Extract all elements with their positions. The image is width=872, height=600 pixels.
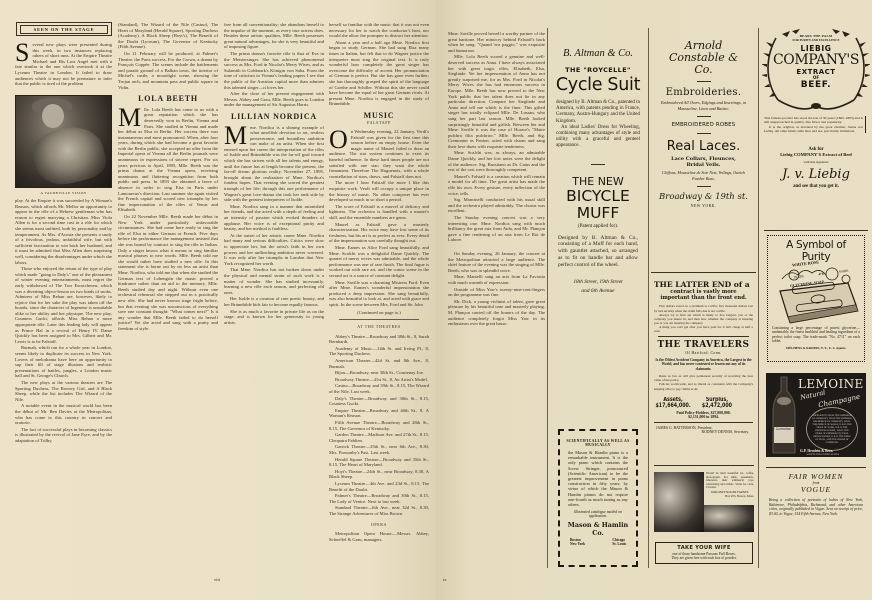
theatre-listing: Lyceum Theatre—4th Ave. and 23d St., 8.1… — [329, 481, 429, 492]
paragraph: Mme. Scalchi was, as always, an admirabl… — [448, 150, 545, 172]
travelers-body: Five dollars saved on a premium is a tri… — [654, 304, 753, 333]
travelers-location: Of Hartford, Conn. — [654, 351, 753, 355]
embroideries-subtext: Embroidered All Overs, Edgings and Inser… — [651, 98, 756, 111]
cycle-suit-body: designed by B. Altman & Co., patented in… — [550, 94, 646, 150]
travelers-terms: Rates as low as will give permanent secu… — [654, 374, 753, 390]
divider — [697, 116, 711, 117]
left-column-3: free from all conventionality; she aband… — [224, 22, 324, 578]
powder-box-line-2: They are given free with each box of pow… — [656, 556, 752, 560]
paragraph: Five dollars saved on a premium is a tri… — [654, 304, 753, 312]
paragraph: Maurel as Falstaff gave a masterly chara… — [329, 222, 429, 244]
paragraph: herself so familiar with the music that … — [329, 22, 429, 39]
paragraph: Mlle. Lola Beeth scored a genuine and we… — [448, 54, 545, 149]
paragraph: The fact of successful plays in becoming… — [15, 427, 112, 444]
travelers-secretary: RODNEY DENNIS, Secretary. — [654, 430, 753, 434]
theatre-listing: Palmer's Theatre—Broadway and 30th St., … — [329, 493, 429, 504]
liebig-signature: J. v. Liebig — [762, 167, 870, 182]
altman-address-2: and 6th Avenue — [550, 288, 646, 294]
altman-address-1: 18th Street, 19th Street — [550, 279, 646, 285]
divider — [697, 186, 711, 187]
lemoine-importer-sub: AGENTS FOR UNITED STATES — [806, 453, 839, 456]
arnold-constable-brand: Arnold Constable & Co. — [651, 40, 756, 76]
left-column-4: herself so familiar with the music that … — [329, 22, 429, 578]
powder-ad-city: Box 203, Boston, Mass. — [706, 495, 754, 499]
surplus-value: Surplus, $2,472,000 — [699, 397, 736, 409]
embroideries-heading: Embroideries. — [651, 87, 756, 98]
mason-hamlin-cities: BostonNew York ChicagoSt. Louis — [566, 537, 630, 547]
left-column-1: play. At the Empire it was succeeded by … — [15, 198, 112, 578]
paragraph: The score of Falstaff is a marvel of del… — [329, 204, 429, 221]
paragraph: Always try to find out which is likely t… — [654, 313, 753, 325]
paragraph: Maurel's Falstaff is a creation which wi… — [448, 174, 545, 196]
intro-column: S everal new plays were presented during… — [15, 42, 112, 92]
assets-value: Assets, $17,664,000. — [654, 397, 692, 409]
page-number-right: ix — [443, 577, 447, 582]
column-rule — [648, 28, 649, 568]
paragraph: Outside of Miss Yaw's twenty-nine-cent-f… — [448, 287, 545, 298]
column-rule — [758, 28, 759, 568]
laces-subtext: Chiffons, Mousseline de Soie Nets, Veili… — [651, 168, 756, 181]
fair-women-body: Being a collection of portraits of ladie… — [766, 494, 866, 516]
intro-paragraph: everal new plays were presented during t… — [15, 42, 112, 87]
theatre-listing: Casino—Broadway and 39th St., 8.15, The … — [329, 383, 429, 394]
theatre-listing: Abbey's Theatre—Broadway and 38th St., 8… — [329, 334, 429, 345]
mason-hamlin-heading: SCIENTIFICALLY AS WELL AS MUSICALLY — [566, 439, 630, 447]
travelers-advertisement: THE LATTER END of a contract is vastly m… — [651, 280, 756, 446]
divider — [697, 133, 711, 134]
paragraph: The new plays at the various theatres ar… — [15, 380, 112, 402]
paragraph: Those who enjoyed the return of the type… — [15, 266, 112, 344]
lemoine-bottle-label: J. Lemoine — [771, 427, 793, 431]
divider — [764, 230, 868, 231]
paragraph: A thing you can't get after you have pai… — [654, 325, 753, 333]
left-page: SEEN ON THE STAGE S everal new plays wer… — [0, 0, 436, 600]
cat-photo-extension — [704, 505, 754, 532]
soap-number: 4711 — [818, 272, 825, 277]
divider — [658, 336, 749, 337]
paragraph: On 21 February will be produced, at Palm… — [118, 51, 218, 90]
paragraph: designed by B. Altman & Co., patented in… — [556, 100, 640, 125]
paragraph: The Sunday evening concert was a very in… — [448, 215, 545, 243]
page-number-left: viii — [214, 577, 220, 582]
mason-hamlin-note: Illustrated catalogue mailed on applicat… — [566, 510, 630, 518]
muff-patent: (Patent applied for). — [550, 224, 646, 229]
theatre-listing: Garrick Theatre—35th St., near 6th Ave.,… — [329, 444, 429, 455]
travelers-brand: THE TRAVELERS — [654, 340, 753, 350]
theatre-listing: Empire Theatre—Broadway and 40th St., 8,… — [329, 408, 429, 419]
magazine-spread: SEEN ON THE STAGE S everal new plays wer… — [0, 0, 872, 600]
take-your-wife-box: TAKE YOUR WIFE one of those handsome Pus… — [655, 542, 753, 564]
paragraph: Mr. Dick, a young violinist of talent, g… — [448, 299, 545, 327]
altman-advertisement: B. Altman & Co. THE "ROYCELLE" Cycle Sui… — [550, 48, 646, 383]
liebig-company: COMPANY'S — [762, 53, 870, 68]
photo-figure-head — [42, 104, 64, 128]
theatre-listing: Bijou—Broadway, near 30th St., Courtenay… — [329, 370, 429, 376]
theatre-listing: Broadway Theatre—41st St., 8, An Artist'… — [329, 377, 429, 383]
paragraph: It is the original, as invented by the g… — [764, 125, 863, 134]
fair-women-vogue: VOGUE — [766, 485, 866, 494]
mason-hamlin-brand: Mason & Hamlin Co. — [566, 521, 630, 537]
paragraph: Mme. Eames as Alice Ford sang beautifull… — [329, 245, 429, 279]
paragraph: After the close of her present engagemen… — [224, 91, 324, 108]
roycelle-kicker: THE "ROYCELLE" — [550, 66, 646, 74]
take-your-wife-heading: TAKE YOUR WIFE — [656, 545, 752, 551]
altman-brand: B. Altman & Co. — [550, 48, 646, 59]
white-rose-advertisement: A Symbol of Purity WHITE ROSE TRADE 4711… — [767, 235, 865, 362]
lemoine-brand: LEMOINE — [798, 377, 864, 391]
paragraph: Mme. Saville was a charming Mistress For… — [329, 280, 429, 308]
travelers-headline-2: contract is vastly more important than t… — [654, 289, 753, 301]
section-banner: SEEN ON THE STAGE — [16, 22, 112, 36]
paragraph: An ideal Ladies' Dress for Wheeling, com… — [556, 125, 640, 150]
lemoine-advertisement: LEMOINE Natural Champagne SUPPLIED TO H.… — [766, 373, 866, 457]
divider — [339, 319, 419, 320]
dropcap-m: M — [224, 126, 247, 146]
paragraph: On Sunday evening, 26 January, the conce… — [448, 251, 545, 273]
paragraph: Her Isolde is a creation of rare poetic … — [224, 296, 324, 307]
paragraph: play. At the Empire it was succeeded by … — [15, 198, 112, 265]
travelers-headline-1: THE LATTER END of a — [654, 280, 753, 289]
right-column-1-continued: On Sunday evening, 26 January, the conce… — [448, 251, 545, 569]
champagne-bottle-icon — [772, 375, 796, 455]
right-page: Mme. Saville proved herself a worthy par… — [436, 0, 872, 600]
paragraph: Mme. Nordica sang in a manner that aston… — [224, 204, 324, 232]
liebig-body: This famous product has stood the test o… — [764, 116, 866, 133]
photo-caption: A VAUDEVILLE VISION — [15, 191, 112, 195]
theatre-listing: Academy of Music—14th St. and Irving Pl.… — [329, 346, 429, 357]
white-rose-body: Containing a large percentage of purest … — [772, 326, 860, 344]
paragraph: Mme. Mantelli sang an aria from La Favor… — [448, 274, 545, 285]
real-laces-heading: Real Laces. — [651, 139, 756, 154]
lillian-nordica-heading: LILLIAN NORDICA — [224, 114, 324, 120]
right-column-1: Mme. Saville proved herself a worthy par… — [448, 31, 545, 251]
embroidered-robes: EMBROIDERED ROBES — [651, 122, 756, 128]
liebig-call-to-action: Ask for Liebig COMPANY'S Extract of Beef… — [762, 147, 870, 189]
paragraph: The more I hear Falstaff the more I like… — [329, 180, 429, 202]
paragraph: That Mme. Nordica has not broken down un… — [224, 267, 324, 295]
city: New York — [570, 542, 585, 546]
paragraph: free from all conventionality; she aband… — [224, 22, 324, 50]
liebig-advertisement: BEARS THE PALM FOR PURITY AND EXCELLENCE… — [762, 28, 870, 218]
muff-line-2: BICYCLE — [550, 188, 646, 205]
theatre-listing: Daly's Theatre—Broadway and 30th St., 8.… — [329, 396, 429, 407]
arnold-constable-address: Broadway & 19th st. — [651, 192, 756, 202]
divider — [654, 465, 754, 466]
dropcap-o: O — [329, 130, 348, 150]
theatre-listing: American Theatre—42d St. and 8th Ave., 8… — [329, 358, 429, 369]
section-banner-title: SEEN ON THE STAGE — [20, 25, 108, 34]
liebig-arch-line-2: FOR PURITY AND EXCELLENCE — [762, 38, 870, 42]
theatre-listing: Hoyt's Theatre—24th St., near Broadway, … — [329, 469, 429, 480]
liebig-signature-note: with this signature — [762, 160, 870, 164]
mason-hamlin-advertisement: SCIENTIFICALLY AS WELL AS MUSICALLY the … — [558, 429, 638, 567]
opera-heading: OPERA — [329, 522, 429, 528]
divider — [651, 272, 756, 273]
dropcap-s: S — [15, 43, 29, 63]
muff-body: Designed by B. Altman & Co., consisting … — [550, 235, 646, 269]
left-column-2: (Standard), The Wizard of the Nile (Casi… — [118, 22, 218, 578]
paragraph: (Standard), The Wizard of the Nile (Casi… — [118, 22, 218, 50]
arnold-constable-city: NEW YORK. — [651, 204, 756, 208]
lola-beeth-heading: LOLA BEETH — [118, 96, 218, 102]
theatre-listings: Abbey's Theatre—Broadway and 38th St., 8… — [329, 334, 429, 517]
arnold-constable-advertisement: Arnold Constable & Co. Embroideries. Emb… — [651, 40, 756, 265]
continued-note: (Continued on page ix.) — [329, 310, 429, 316]
liebig-beef: BEEF. — [762, 80, 870, 90]
paragraph: About a year and a half ago Mme. Nordica… — [329, 40, 429, 107]
divider — [654, 422, 753, 423]
lemoine-royal-warrant: SUPPLIED TO H.I.M. THE EMPEROR OF GERMAN… — [806, 407, 858, 451]
paragraph: Sig. Mancinelli conducted with his usual… — [448, 197, 545, 214]
muff-line-1: THE NEW — [550, 175, 646, 188]
photo-figure-dress — [28, 120, 109, 188]
paragraph: This famous product has stood the test o… — [764, 116, 863, 125]
powder-ad-description: Would be their beautiful lot, coffee, ph… — [706, 472, 754, 490]
theatre-listing: Fifth Avenue Theatre—Broadway and 28th S… — [329, 420, 429, 431]
city: St. Louis — [612, 542, 626, 546]
fair-women-title: FAIR WOMEN — [766, 472, 866, 481]
liebig-closing: and see that you get it. — [762, 184, 870, 189]
theatre-listing: Herald Square Theatre—Broadway and 35th … — [329, 457, 429, 468]
powder-ad-text: Would be their beautiful lot, coffee, ph… — [706, 472, 754, 498]
theatre-listing: Standard Theatre—6th Ave., near 32d St.,… — [329, 505, 429, 516]
paragraph: Burmah, which ran for a whole year in Lo… — [15, 345, 112, 379]
paragraph: A notable event in the musical world has… — [15, 403, 112, 425]
divider — [697, 81, 711, 82]
muff-line-3: MUFF — [550, 205, 646, 222]
divider — [766, 467, 866, 468]
paragraph: At the outset of her artistic career Mme… — [224, 233, 324, 267]
paragraph: She is as much a favorite in private lif… — [224, 309, 324, 326]
fair-women-advertisement: FAIR WOMEN from VOGUE Being a collection… — [766, 472, 866, 572]
paragraph: Mme. Saville proved herself a worthy par… — [448, 31, 545, 53]
paragraph: The prima donna's favorite rôle is that … — [224, 51, 324, 90]
vaudeville-photo — [15, 95, 112, 188]
cat-photo — [654, 472, 704, 532]
travelers-financials: Assets, $17,664,000. Surplus, $2,472,000 — [654, 397, 735, 409]
mason-hamlin-body: the Mason & Hamlin piano is a remarkable… — [566, 450, 630, 507]
paragraph: On 22 November Mlle. Beeth made her débu… — [118, 214, 218, 331]
cycle-suit-title: Cycle Suit — [550, 76, 646, 94]
paragraph: Rates as low as will give permanent secu… — [654, 374, 753, 382]
theatre-listing: Garden Theatre—Madison Ave. and 27th St.… — [329, 432, 429, 443]
liebig-ask-product: Liebig COMPANY'S Extract of Beef — [762, 152, 870, 157]
divider — [591, 164, 605, 165]
paid-1894: $2,151,000 in 1894. — [654, 415, 753, 419]
opera-listing: Metropolitan Opera House.—Messrs. Abbey,… — [329, 531, 429, 542]
theatres-heading: AT THE THEATRES — [329, 324, 429, 330]
paragraph: Policies world-wide, and as liberal as c… — [654, 382, 753, 390]
dropcap-m: M — [118, 108, 141, 128]
music-heading: MUSIC — [329, 113, 429, 119]
column-rule — [547, 28, 548, 568]
laces-items: Lace Collars, Flounces, Bridal Veils. — [651, 154, 756, 168]
travelers-claim: Is the Oldest Accident Company in Americ… — [654, 358, 753, 371]
white-rose-agents: MÜLHENS & KROPFF, N. Y., U. S. Agents. — [772, 346, 860, 350]
